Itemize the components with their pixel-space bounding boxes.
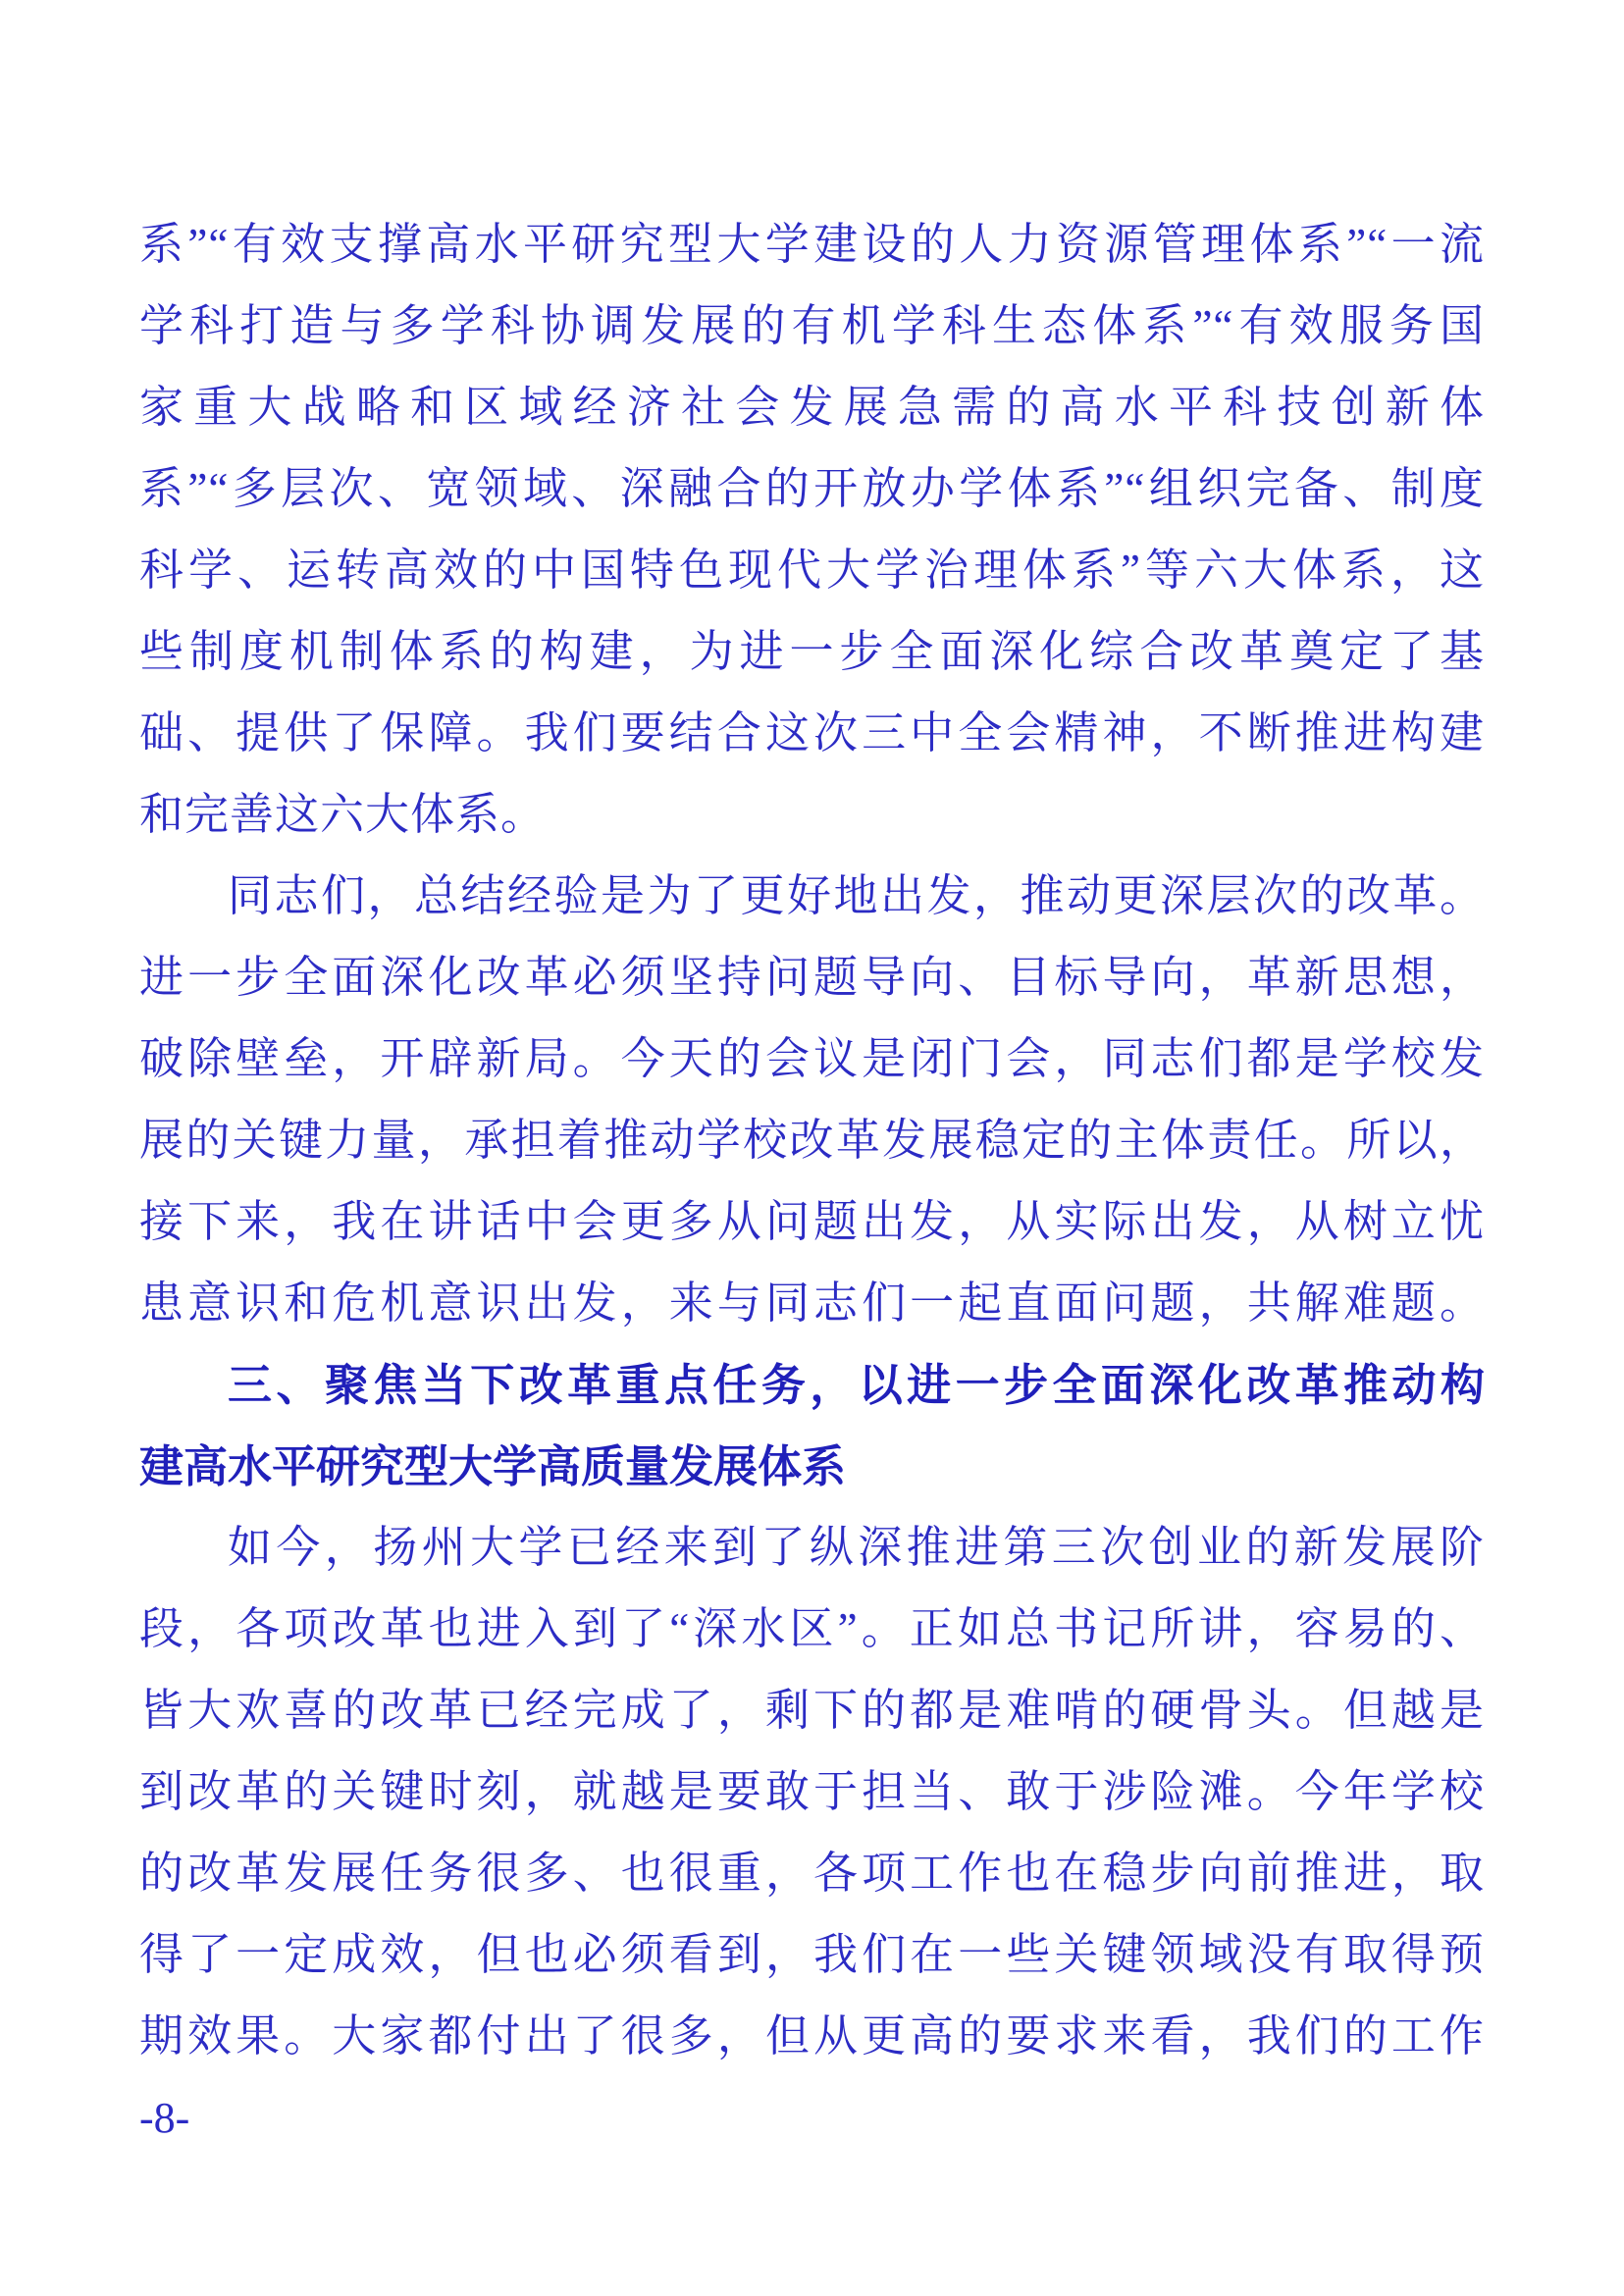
text-line: 期效果。大家都付出了很多，但从更高的要求来看，我们的工作 — [139, 1996, 1485, 2077]
text-line: 础、提供了保障。我们要结合这次三中全会精神，不断推进构建 — [139, 693, 1485, 774]
text-line: 的改革发展任务很多、也很重，各项工作也在稳步向前推进，取 — [139, 1833, 1485, 1914]
document-content: 系”“有效支撑高水平研究型大学建设的人力资源管理体系”“一流学科打造与多学科协调… — [0, 0, 1624, 2148]
text-line: 破除壁垒，开辟新局。今天的会议是闭门会，同志们都是学校发 — [139, 1018, 1485, 1100]
document-page: 系”“有效支撑高水平研究型大学建设的人力资源管理体系”“一流学科打造与多学科协调… — [0, 0, 1624, 2296]
text-line: 学科打造与多学科协调发展的有机学科生态体系”“有效服务国 — [139, 286, 1485, 367]
text-line: 段，各项改革也进入到了“深水区”。正如总书记所讲，容易的、 — [139, 1589, 1485, 1670]
text-line: 同志们，总结经验是为了更好地出发，推动更深层次的改革。 — [139, 856, 1485, 937]
text-line: 进一步全面深化改革必须坚持问题导向、目标导向，革新思想， — [139, 937, 1485, 1018]
text-line: 系”“多层次、宽领域、深融合的开放办学体系”“组织完备、制度 — [139, 448, 1485, 530]
text-line: 患意识和危机意识出发，来与同志们一起直面问题，共解难题。 — [139, 1263, 1485, 1344]
text-line: 皆大欢喜的改革已经完成了，剩下的都是难啃的硬骨头。但越是 — [139, 1670, 1485, 1751]
text-line: 和完善这六大体系。 — [139, 774, 1485, 856]
text-line: 如今，扬州大学已经来到了纵深推进第三次创业的新发展阶 — [139, 1507, 1485, 1589]
text-line: 家重大战略和区域经济社会发展急需的高水平科技创新体 — [139, 367, 1485, 448]
text-line: 科学、运转高效的中国特色现代大学治理体系”等六大体系，这 — [139, 530, 1485, 611]
text-line: 些制度机制体系的构建，为进一步全面深化综合改革奠定了基 — [139, 611, 1485, 693]
text-line: 系”“有效支撑高水平研究型大学建设的人力资源管理体系”“一流 — [139, 204, 1485, 286]
text-line: 得了一定成效，但也必须看到，我们在一些关键领域没有取得预 — [139, 1914, 1485, 1996]
heading-line: 三、聚焦当下改革重点任务，以进一步全面深化改革推动构 — [139, 1344, 1485, 1426]
text-line: 接下来，我在讲话中会更多从问题出发，从实际出发，从树立忧 — [139, 1181, 1485, 1263]
heading-line: 建高水平研究型大学高质量发展体系 — [139, 1426, 1485, 1507]
document-body: 系”“有效支撑高水平研究型大学建设的人力资源管理体系”“一流学科打造与多学科协调… — [139, 204, 1485, 2077]
text-line: 到改革的关键时刻，就越是要敢于担当、敢于涉险滩。今年学校 — [139, 1751, 1485, 1833]
text-line: 展的关键力量，承担着推动学校改革发展稳定的主体责任。所以， — [139, 1100, 1485, 1181]
page-number: -8- — [139, 2089, 1485, 2148]
